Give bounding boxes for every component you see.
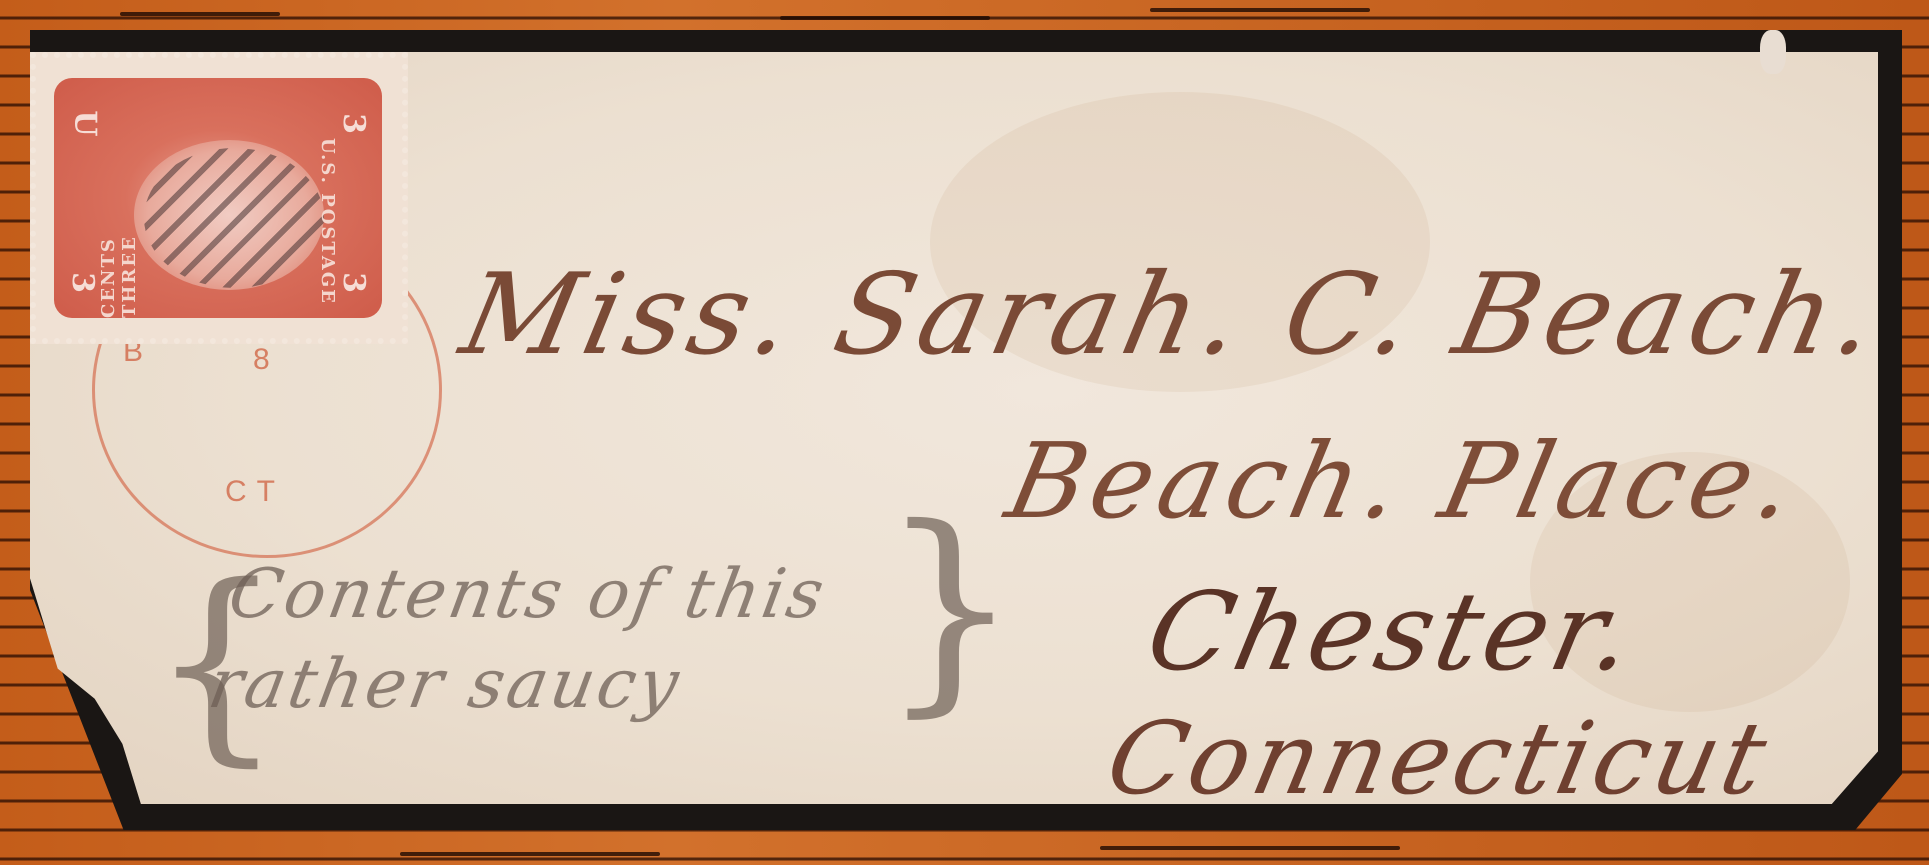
postage-stamp: U 3 3 3 CENTS THREE U.S. POSTAGE bbox=[30, 52, 408, 344]
postmark-day: 8 bbox=[253, 343, 270, 377]
stamp-frame: U 3 3 3 CENTS THREE U.S. POSTAGE bbox=[54, 78, 382, 318]
address-line-street: Beach. Place. bbox=[997, 420, 1810, 542]
wood-grain bbox=[120, 12, 280, 16]
pencil-note-line-1: Contents of this bbox=[223, 555, 832, 634]
pencil-brace-right: } bbox=[880, 480, 1020, 736]
postmark-state: CT bbox=[225, 475, 285, 509]
stamp-corner-tl: U bbox=[68, 110, 103, 136]
address-line-town: Chester. bbox=[1137, 570, 1649, 695]
wood-grain bbox=[780, 16, 990, 20]
stamp-corner-br: 3 bbox=[336, 272, 371, 293]
stamp-left-text: CENTS THREE bbox=[98, 148, 140, 318]
address-line-state: Connecticut bbox=[1098, 700, 1780, 817]
pencil-note-line-2: rather saucy bbox=[203, 645, 687, 724]
wood-grain bbox=[400, 852, 660, 856]
paper-tear bbox=[1760, 30, 1786, 74]
stamp-corner-bl: 3 bbox=[65, 272, 100, 293]
wood-grain bbox=[1150, 8, 1370, 12]
cancellation-bars bbox=[144, 148, 324, 288]
address-line-name: Miss. Sarah. C. Beach. bbox=[451, 250, 1893, 380]
stamp-corner-tr: 3 bbox=[336, 113, 371, 134]
wood-grain bbox=[1100, 846, 1400, 850]
stamp-right-text: U.S. POSTAGE bbox=[317, 138, 338, 305]
